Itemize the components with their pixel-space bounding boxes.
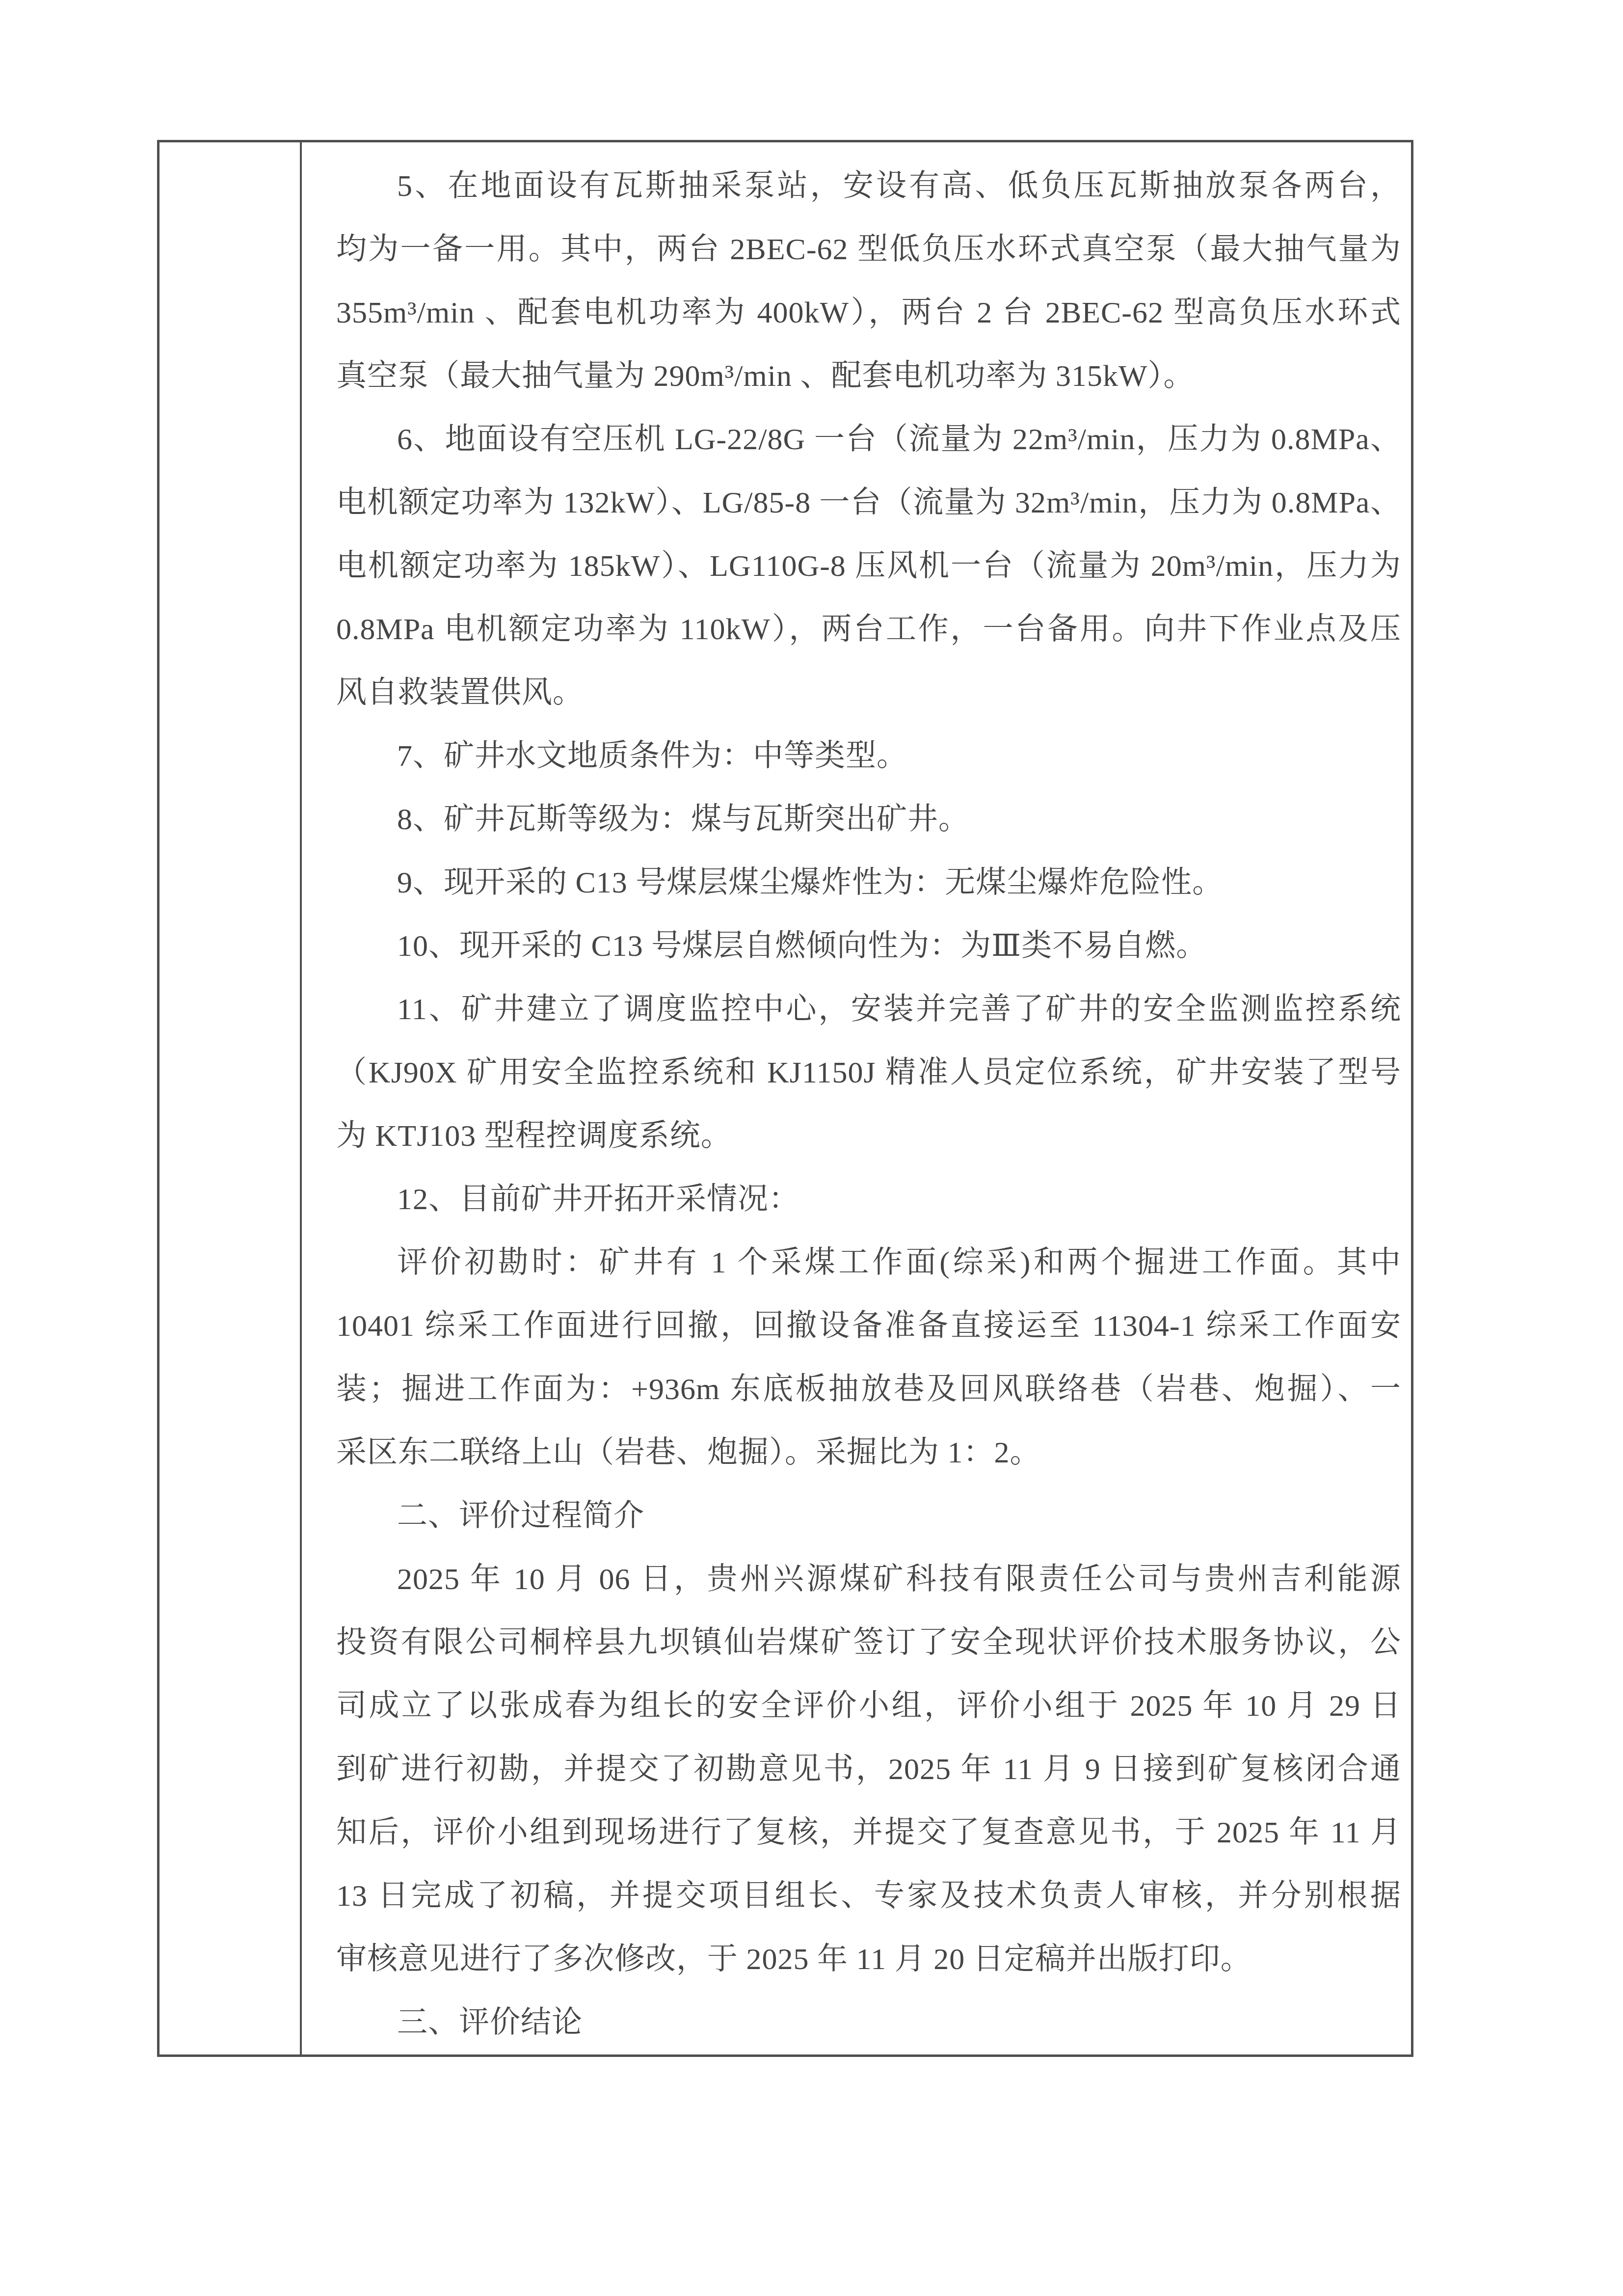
text-line: 7、矿井水文地质条件为：中等类型。: [336, 725, 1401, 788]
text-line: 采区东二联络上山（岩巷、炮掘）。采掘比为 1：2。: [336, 1421, 1401, 1485]
text-line: 三、评价结论: [336, 1991, 1401, 2054]
text-line: 11、矿井建立了调度监控中心，安装并完善了矿井的安全监测监控系统: [336, 978, 1401, 1041]
text-line: 为 KTJ103 型程控调度系统。: [336, 1105, 1401, 1168]
text-line: 8、矿井瓦斯等级为：煤与瓦斯突出矿井。: [336, 788, 1401, 851]
text-line: 12、目前矿井开拓开采情况：: [336, 1168, 1401, 1231]
text-line: 13 日完成了初稿，并提交项目组长、专家及技术负责人审核，并分别根据: [336, 1864, 1401, 1928]
text-line: 9、现开采的 C13 号煤层煤尘爆炸性为：无煤尘爆炸危险性。: [336, 851, 1401, 915]
document-table: 5、在地面设有瓦斯抽采泵站，安设有高、低负压瓦斯抽放泵各两台，均为一备一用。其中…: [157, 140, 1413, 2057]
text-line: 风自救装置供风。: [336, 661, 1401, 725]
text-line: 审核意见进行了多次修改，于 2025 年 11 月 20 日定稿并出版打印。: [336, 1928, 1401, 1991]
scanned-document-page: { "page": { "background": "#ffffff", "in…: [0, 0, 1623, 2296]
text-line: 司成立了以张成春为组长的安全评价小组，评价小组于 2025 年 10 月 29 …: [336, 1675, 1401, 1738]
text-line: 真空泵（最大抽气量为 290m³/min 、配套电机功率为 315kW）。: [336, 345, 1401, 408]
text-line: 0.8MPa 电机额定功率为 110kW），两台工作，一台备用。向井下作业点及压: [336, 598, 1401, 661]
text-line: （KJ90X 矿用安全监控系统和 KJ1150J 精准人员定位系统，矿井安装了型…: [336, 1041, 1401, 1105]
table-content-cell: 5、在地面设有瓦斯抽采泵站，安设有高、低负压瓦斯抽放泵各两台，均为一备一用。其中…: [302, 142, 1411, 2054]
text-line: 5、在地面设有瓦斯抽采泵站，安设有高、低负压瓦斯抽放泵各两台，: [336, 155, 1401, 218]
text-line: 10、现开采的 C13 号煤层自燃倾向性为：为Ⅲ类不易自燃。: [336, 915, 1401, 978]
text-line: 电机额定功率为 185kW）、LG110G-8 压风机一台（流量为 20m³/m…: [336, 535, 1401, 598]
text-line: 二、评价过程简介: [336, 1485, 1401, 1548]
text-line: 10401 综采工作面进行回撤，回撤设备准备直接运至 11304-1 综采工作面…: [336, 1295, 1401, 1358]
text-line: 2025 年 10 月 06 日，贵州兴源煤矿科技有限责任公司与贵州吉利能源: [336, 1548, 1401, 1611]
text-line: 6、地面设有空压机 LG-22/8G 一台（流量为 22m³/min，压力为 0…: [336, 408, 1401, 471]
text-line: 355m³/min 、配套电机功率为 400kW），两台 2 台 2BEC-62…: [336, 281, 1401, 345]
text-line: 知后，评价小组到现场进行了复核，并提交了复查意见书，于 2025 年 11 月: [336, 1801, 1401, 1864]
text-line: 装；掘进工作面为：+936m 东底板抽放巷及回风联络巷（岩巷、炮掘）、一: [336, 1358, 1401, 1421]
text-line: 电机额定功率为 132kW）、LG/85-8 一台（流量为 32m³/min，压…: [336, 471, 1401, 535]
text-line: 到矿进行初勘，并提交了初勘意见书，2025 年 11 月 9 日接到矿复核闭合通: [336, 1738, 1401, 1801]
text-line: 均为一备一用。其中，两台 2BEC-62 型低负压水环式真空泵（最大抽气量为: [336, 218, 1401, 281]
text-line: 投资有限公司桐梓县九坝镇仙岩煤矿签订了安全现状评价技术服务协议，公: [336, 1611, 1401, 1675]
table-left-label-cell: [160, 142, 302, 2054]
text-line: 评价初勘时：矿井有 1 个采煤工作面(综采)和两个掘进工作面。其中: [336, 1231, 1401, 1295]
